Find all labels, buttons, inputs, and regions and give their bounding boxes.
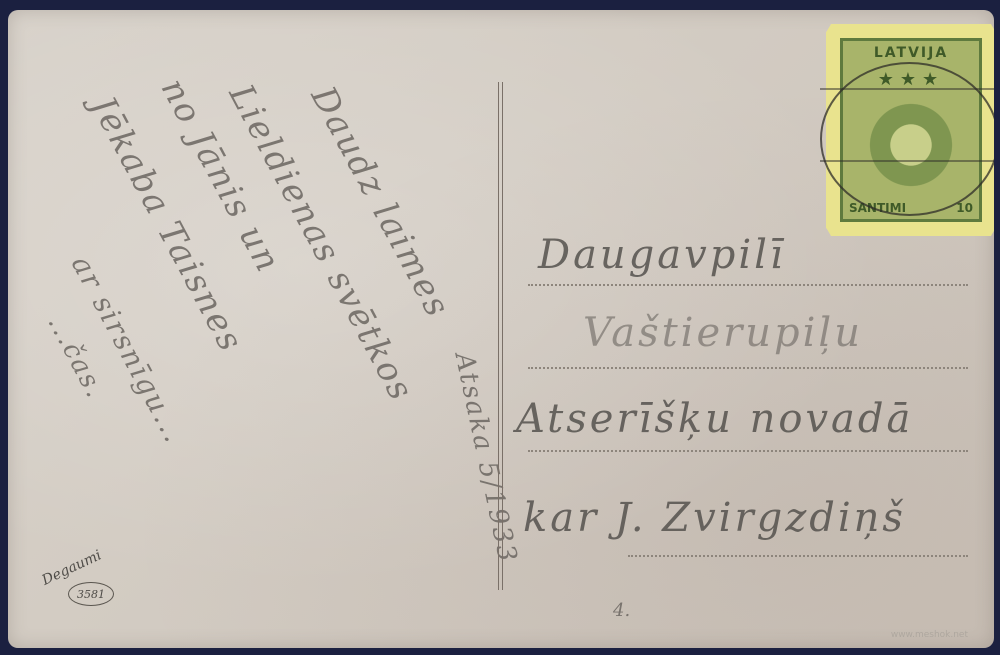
address-line-2 — [528, 367, 968, 369]
address-recipient: kar J. Zvirgzdiņš — [523, 495, 906, 541]
address-number-note: 4. — [613, 600, 630, 621]
postcard: Daudz laimes Lieldienas svētkos no Jānis… — [8, 10, 994, 648]
watermark: www.meshok.net — [891, 630, 968, 640]
address-line-4 — [628, 555, 968, 557]
address-city: Daugavpilī — [538, 232, 786, 278]
address-parish: Vaštierupiļu — [583, 310, 863, 356]
postmark-bar — [820, 160, 994, 162]
publisher-number: 3581 — [68, 582, 114, 606]
stamp-country: LATVIJA — [874, 45, 948, 61]
address-line-3 — [528, 450, 968, 452]
postmark-bar — [820, 88, 994, 90]
postmark-circle — [820, 62, 994, 216]
message-date: Atsaka 5/1933 — [449, 350, 523, 566]
center-divider — [498, 82, 503, 590]
address-line-1 — [528, 284, 968, 286]
address-district: Atserīšķu novadā — [516, 396, 913, 442]
